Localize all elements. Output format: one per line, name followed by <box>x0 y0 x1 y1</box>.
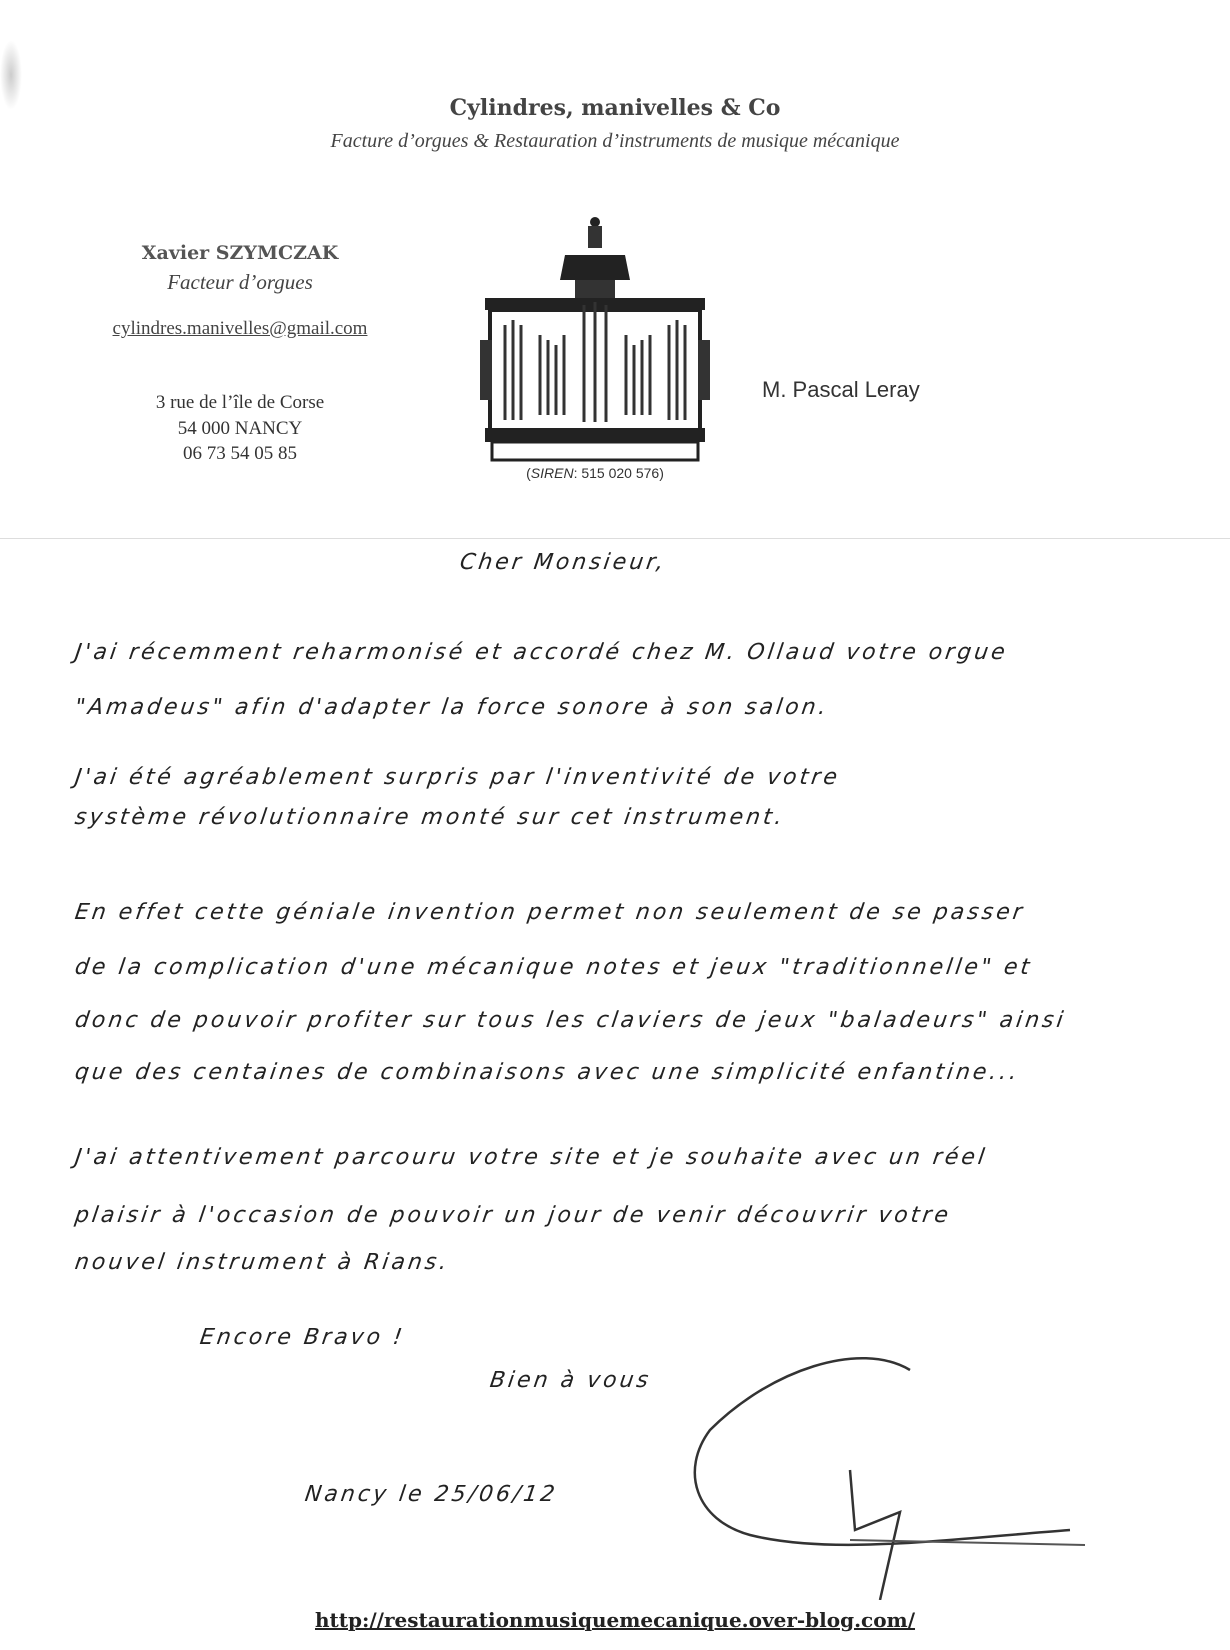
letter-line: donc de pouvoir profiter sur tous les cl… <box>73 1008 1067 1033</box>
letter-line: plaisir à l'occasion de pouvoir un jour … <box>73 1203 953 1228</box>
letter-line: "Amadeus" afin d'adapter la force sonore… <box>73 695 830 720</box>
letter-line: J'ai récemment reharmonisé et accordé ch… <box>73 640 1009 665</box>
sender-address-city: 54 000 NANCY <box>80 418 400 440</box>
letter-place-date: Nancy le 25/06/12 <box>303 1482 559 1507</box>
letter-line: de la complication d'une mécanique notes… <box>73 955 1034 980</box>
siren-label: SIREN <box>531 465 574 481</box>
company-name: Cylindres, manivelles & Co <box>0 95 1230 121</box>
company-tagline: Facture d’orgues & Restauration d’instru… <box>0 130 1230 153</box>
sender-phone: 06 73 54 05 85 <box>80 443 400 465</box>
letter-line: En effet cette géniale invention permet … <box>73 900 1026 925</box>
recipient-name: M. Pascal Leray <box>762 377 920 403</box>
signature-icon <box>690 1340 1090 1600</box>
letter-line: J'ai attentivement parcouru votre site e… <box>73 1145 989 1170</box>
letter-closing-bravo: Encore Bravo ! <box>198 1325 406 1350</box>
letter-line: que des centaines de combinaisons avec u… <box>73 1060 1021 1085</box>
siren-number: (SIREN: 515 020 576) <box>495 465 695 481</box>
letter-line: nouvel instrument à Rians. <box>73 1250 451 1275</box>
organ-logo-icon <box>480 210 710 465</box>
letter-closing-regards: Bien à vous <box>488 1368 653 1393</box>
sender-title: Facteur d’orgues <box>80 270 400 295</box>
sender-address-street: 3 rue de l’île de Corse <box>80 392 400 414</box>
sender-name: Xavier SZYMCZAK <box>80 242 400 264</box>
letter-line: J'ai été agréablement surpris par l'inve… <box>73 765 841 790</box>
letter-salutation: Cher Monsieur, <box>458 550 668 575</box>
letter-line: système révolutionnaire monté sur cet in… <box>73 805 786 830</box>
siren-value: : 515 020 576) <box>574 465 664 481</box>
sender-email-link[interactable]: cylindres.manivelles@gmail.com <box>80 318 400 340</box>
website-link[interactable]: http://restaurationmusiquemecanique.over… <box>0 1608 1230 1632</box>
paper-fold-line <box>0 538 1230 539</box>
